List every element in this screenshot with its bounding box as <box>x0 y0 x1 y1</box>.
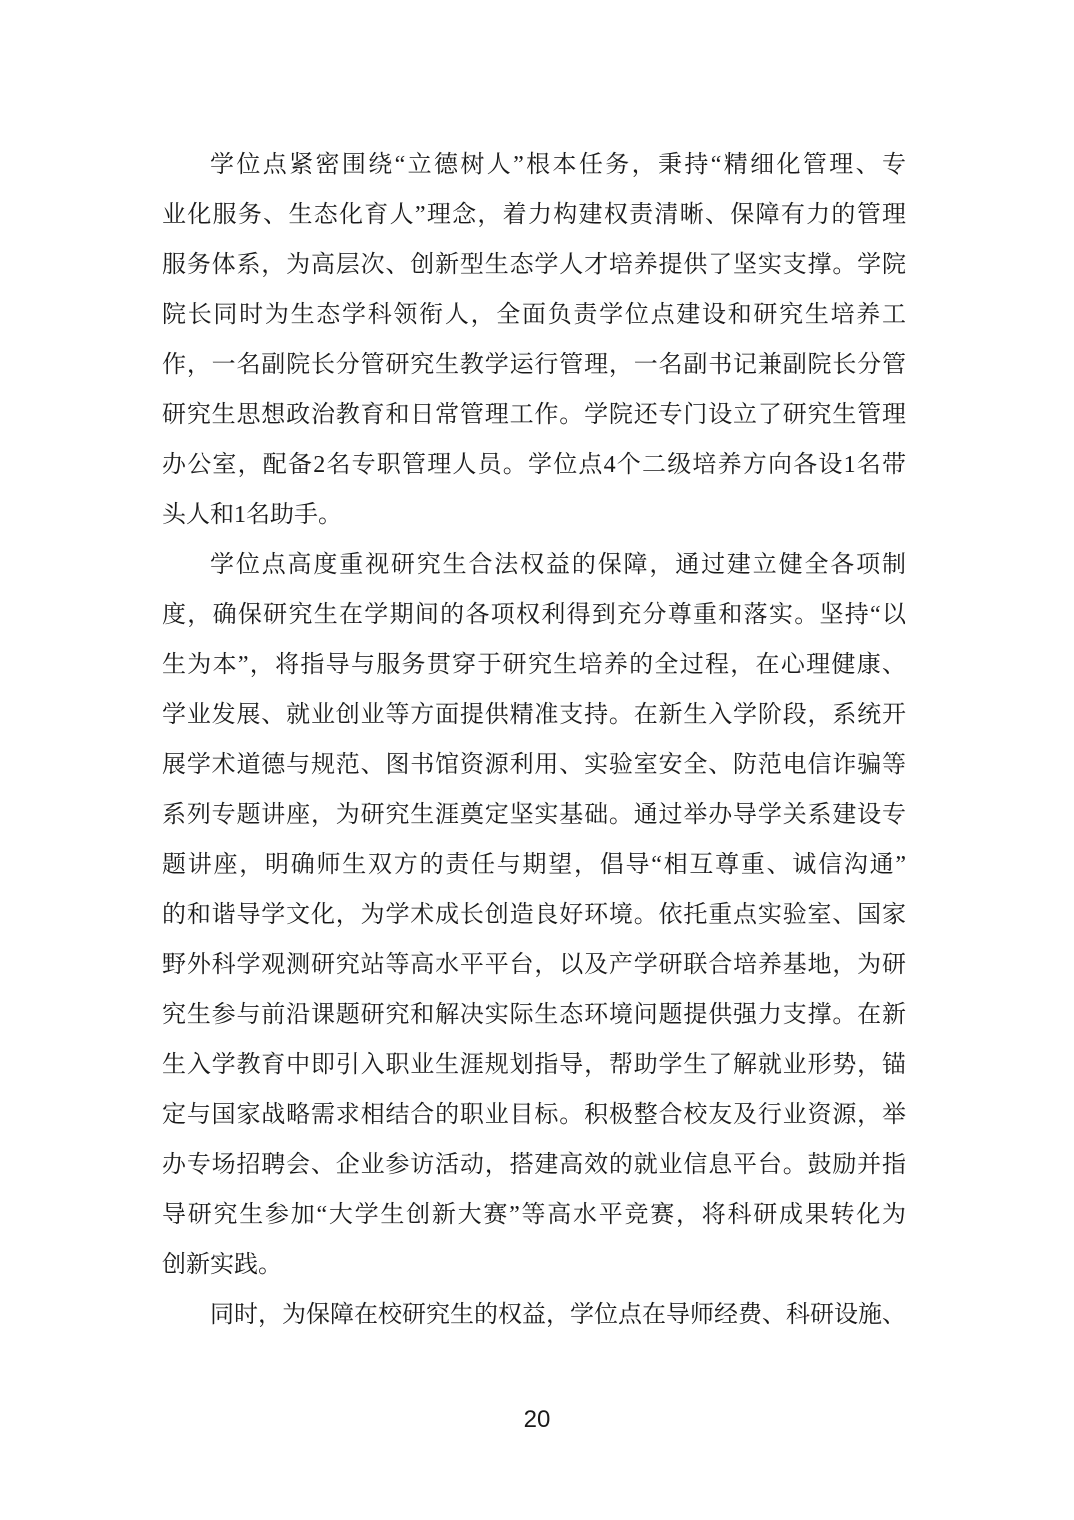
paragraph-2: 学位点高度重视研究生合法权益的保障，通过建立健全各项制度，确保研究生在学期间的各… <box>162 540 906 1290</box>
text-line: 研究生思想政治教育和日常管理工作。学院还专门设立了研究生管理 <box>162 390 906 440</box>
paragraph-3: 同时，为保障在校研究生的权益，学位点在导师经费、科研设施、 <box>162 1290 906 1340</box>
text-line: 同时，为保障在校研究生的权益，学位点在导师经费、科研设施、 <box>162 1290 906 1340</box>
text-line: 定与国家战略需求相结合的职业目标。积极整合校友及行业资源，举 <box>162 1090 906 1140</box>
text-line: 头人和1名助手。 <box>162 490 906 540</box>
text-line: 服务体系，为高层次、创新型生态学人才培养提供了坚实支撑。学院 <box>162 240 906 290</box>
document-page: 学位点紧密围绕“立德树人”根本任务，秉持“精细化管理、专业化服务、生态化育人”理… <box>0 0 1074 1520</box>
text-body: 学位点紧密围绕“立德树人”根本任务，秉持“精细化管理、专业化服务、生态化育人”理… <box>162 140 906 1340</box>
text-line: 院长同时为生态学科领衔人，全面负责学位点建设和研究生培养工 <box>162 290 906 340</box>
page-number: 20 <box>0 1406 1074 1434</box>
text-line: 展学术道德与规范、图书馆资源利用、实验室安全、防范电信诈骗等 <box>162 740 906 790</box>
text-line: 创新实践。 <box>162 1240 906 1290</box>
text-line: 办公室，配备2名专职管理人员。学位点4个二级培养方向各设1名带 <box>162 440 906 490</box>
text-line: 究生参与前沿课题研究和解决实际生态环境问题提供强力支撑。在新 <box>162 990 906 1040</box>
text-line: 学位点高度重视研究生合法权益的保障，通过建立健全各项制 <box>162 540 906 590</box>
text-line: 度，确保研究生在学期间的各项权利得到充分尊重和落实。坚持“以 <box>162 590 906 640</box>
text-line: 生入学教育中即引入职业生涯规划指导，帮助学生了解就业形势，锚 <box>162 1040 906 1090</box>
text-line: 的和谐导学文化，为学术成长创造良好环境。依托重点实验室、国家 <box>162 890 906 940</box>
text-line: 作，一名副院长分管研究生教学运行管理，一名副书记兼副院长分管 <box>162 340 906 390</box>
text-line: 业化服务、生态化育人”理念，着力构建权责清晰、保障有力的管理 <box>162 190 906 240</box>
paragraph-1: 学位点紧密围绕“立德树人”根本任务，秉持“精细化管理、专业化服务、生态化育人”理… <box>162 140 906 540</box>
text-line: 生为本”，将指导与服务贯穿于研究生培养的全过程，在心理健康、 <box>162 640 906 690</box>
text-line: 系列专题讲座，为研究生涯奠定坚实基础。通过举办导学关系建设专 <box>162 790 906 840</box>
text-line: 办专场招聘会、企业参访活动，搭建高效的就业信息平台。鼓励并指 <box>162 1140 906 1190</box>
text-line: 导研究生参加“大学生创新大赛”等高水平竞赛，将科研成果转化为 <box>162 1190 906 1240</box>
text-line: 学业发展、就业创业等方面提供精准支持。在新生入学阶段，系统开 <box>162 690 906 740</box>
text-line: 野外科学观测研究站等高水平平台，以及产学研联合培养基地，为研 <box>162 940 906 990</box>
text-line: 题讲座，明确师生双方的责任与期望，倡导“相互尊重、诚信沟通” <box>162 840 906 890</box>
text-line: 学位点紧密围绕“立德树人”根本任务，秉持“精细化管理、专 <box>162 140 906 190</box>
